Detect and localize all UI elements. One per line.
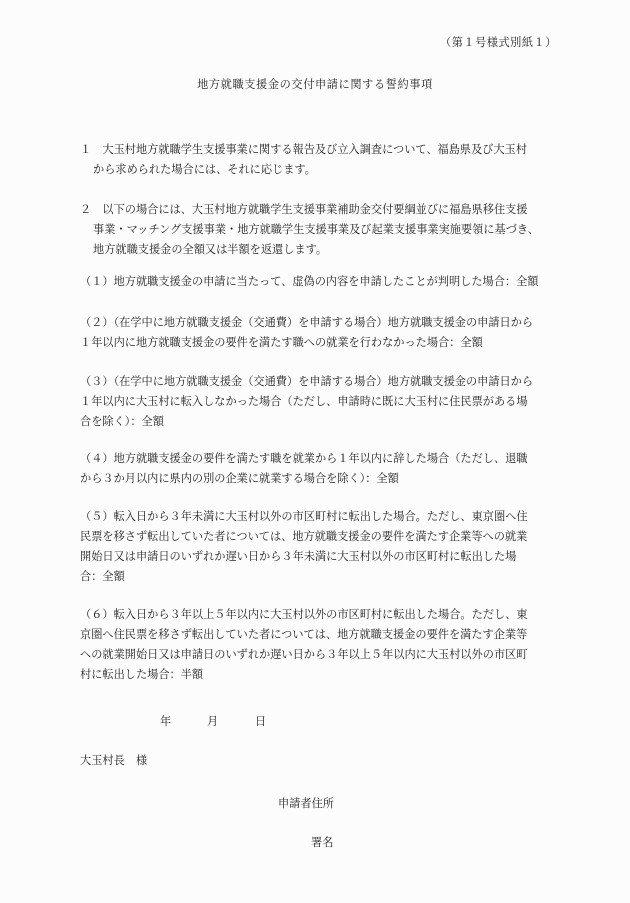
- date-day-label: 日: [255, 713, 266, 729]
- condition-line: 村に転出した場合：半額: [80, 665, 560, 685]
- addressee: 大玉村長 様: [80, 752, 147, 768]
- document-title: 地方就職支援金の交付申請に関する誓約事項: [0, 76, 630, 92]
- date-month-label: 月: [207, 713, 218, 729]
- condition-line: （２）（在学中に地方就職支援金（交通費）を申請する場合）地方就職支援金の申請日か…: [80, 313, 560, 333]
- condition-line: （３）（在学中に地方就職支援金（交通費）を申請する場合）地方就職支援金の申請日か…: [80, 372, 560, 392]
- condition-item-4: （４）地方就職支援金の要件を満たす職を就業から１年以内に辞した場合（ただし、退職…: [80, 449, 560, 489]
- pledge-line: １ 大玉村地方就職学生支援事業に関する報告及び立入調査について、福島県及び大玉村: [80, 140, 560, 160]
- pledge-line: ２ 以下の場合には、大玉村地方就職学生支援事業補助金交付要綱並びに福島県移住支援: [80, 200, 560, 220]
- form-number: （第１号様式別紙１）: [440, 34, 557, 50]
- condition-item-5: （５）転入日から３年未満に大玉村以外の市区町村に転出した場合。ただし、東京圏へ住…: [80, 507, 560, 587]
- date-year-label: 年: [160, 713, 171, 729]
- condition-line: （６）転入日から３年以上５年以内に大玉村以外の市区町村に転出した場合。ただし、東: [80, 605, 560, 625]
- pledge-line: 地方就職支援金の全額又は半額を返還します。: [80, 240, 560, 260]
- condition-line: （４）地方就職支援金の要件を満たす職を就業から１年以内に辞した場合（ただし、退職: [80, 449, 560, 469]
- condition-item-6: （６）転入日から３年以上５年以内に大玉村以外の市区町村に転出した場合。ただし、東…: [80, 605, 560, 685]
- condition-line: 開始日又は申請日のいずれか遅い日から３年未満に大玉村以外の市区町村に転出した場: [80, 547, 560, 567]
- pledge-line: 事業・マッチング支援事業・地方就職学生支援事業及び起業支援事業実施要領に基づき、: [80, 220, 560, 240]
- condition-line: （５）転入日から３年未満に大玉村以外の市区町村に転出した場合。ただし、東京圏へ住: [80, 507, 560, 527]
- condition-item-3: （３）（在学中に地方就職支援金（交通費）を申請する場合）地方就職支援金の申請日か…: [80, 372, 560, 432]
- pledge-item-1: １ 大玉村地方就職学生支援事業に関する報告及び立入調査について、福島県及び大玉村…: [80, 140, 560, 180]
- condition-line: 京圏へ住民票を移さず転出していた者については、地方就職支援金の要件を満たす企業等: [80, 625, 560, 645]
- condition-line: １年以内に大玉村に転入しなかった場合（ただし、申請時に既に大玉村に住民票がある場: [80, 392, 560, 412]
- pledge-item-2: ２ 以下の場合には、大玉村地方就職学生支援事業補助金交付要綱並びに福島県移住支援…: [80, 200, 560, 260]
- signature-label: 署名: [311, 834, 333, 850]
- condition-line: １年以内に地方就職支援金の要件を満たす職への就業を行わなかった場合：全額: [80, 333, 560, 353]
- pledge-line: から求められた場合には、それに応じます。: [80, 160, 560, 180]
- condition-line: 合：全額: [80, 567, 560, 587]
- applicant-address-label: 申請者住所: [278, 795, 334, 811]
- condition-item-2: （２）（在学中に地方就職支援金（交通費）を申請する場合）地方就職支援金の申請日か…: [80, 313, 560, 353]
- condition-line: （１）地方就職支援金の申請に当たって、虚偽の内容を申請したことが判明した場合：全…: [80, 272, 560, 292]
- condition-item-1: （１）地方就職支援金の申請に当たって、虚偽の内容を申請したことが判明した場合：全…: [80, 272, 560, 292]
- condition-line: から３か月以内に県内の別の企業に就業する場合を除く）：全額: [80, 469, 560, 489]
- condition-line: 合を除く）：全額: [80, 412, 560, 432]
- condition-line: 民票を移さず転出していた者については、地方就職支援金の要件を満たす企業等への就業: [80, 527, 560, 547]
- condition-line: への就業開始日又は申請日のいずれか遅い日から３年以上５年以内に大玉村以外の市区町: [80, 645, 560, 665]
